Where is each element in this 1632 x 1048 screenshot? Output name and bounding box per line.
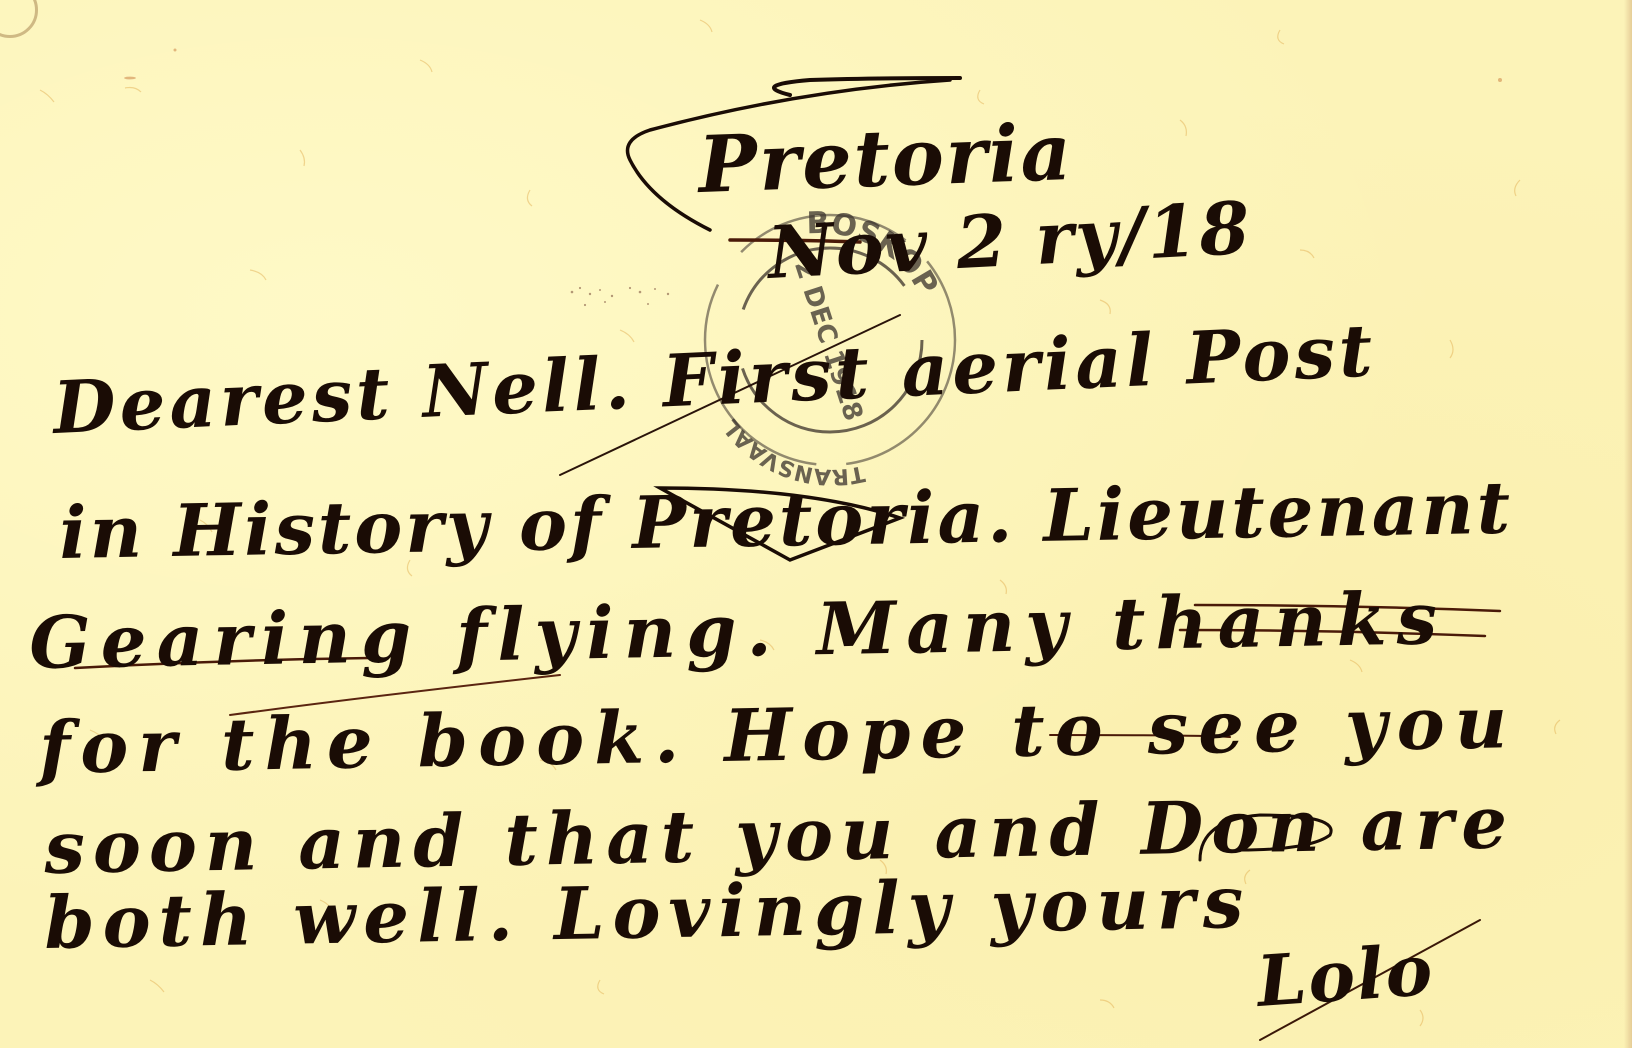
signature: Lolo <box>1254 928 1437 1023</box>
place-heading: Pretoria <box>697 107 1075 211</box>
postcard: BOSKOP TRANSVAAL 2 DEC 1918 <box>0 0 1632 1048</box>
